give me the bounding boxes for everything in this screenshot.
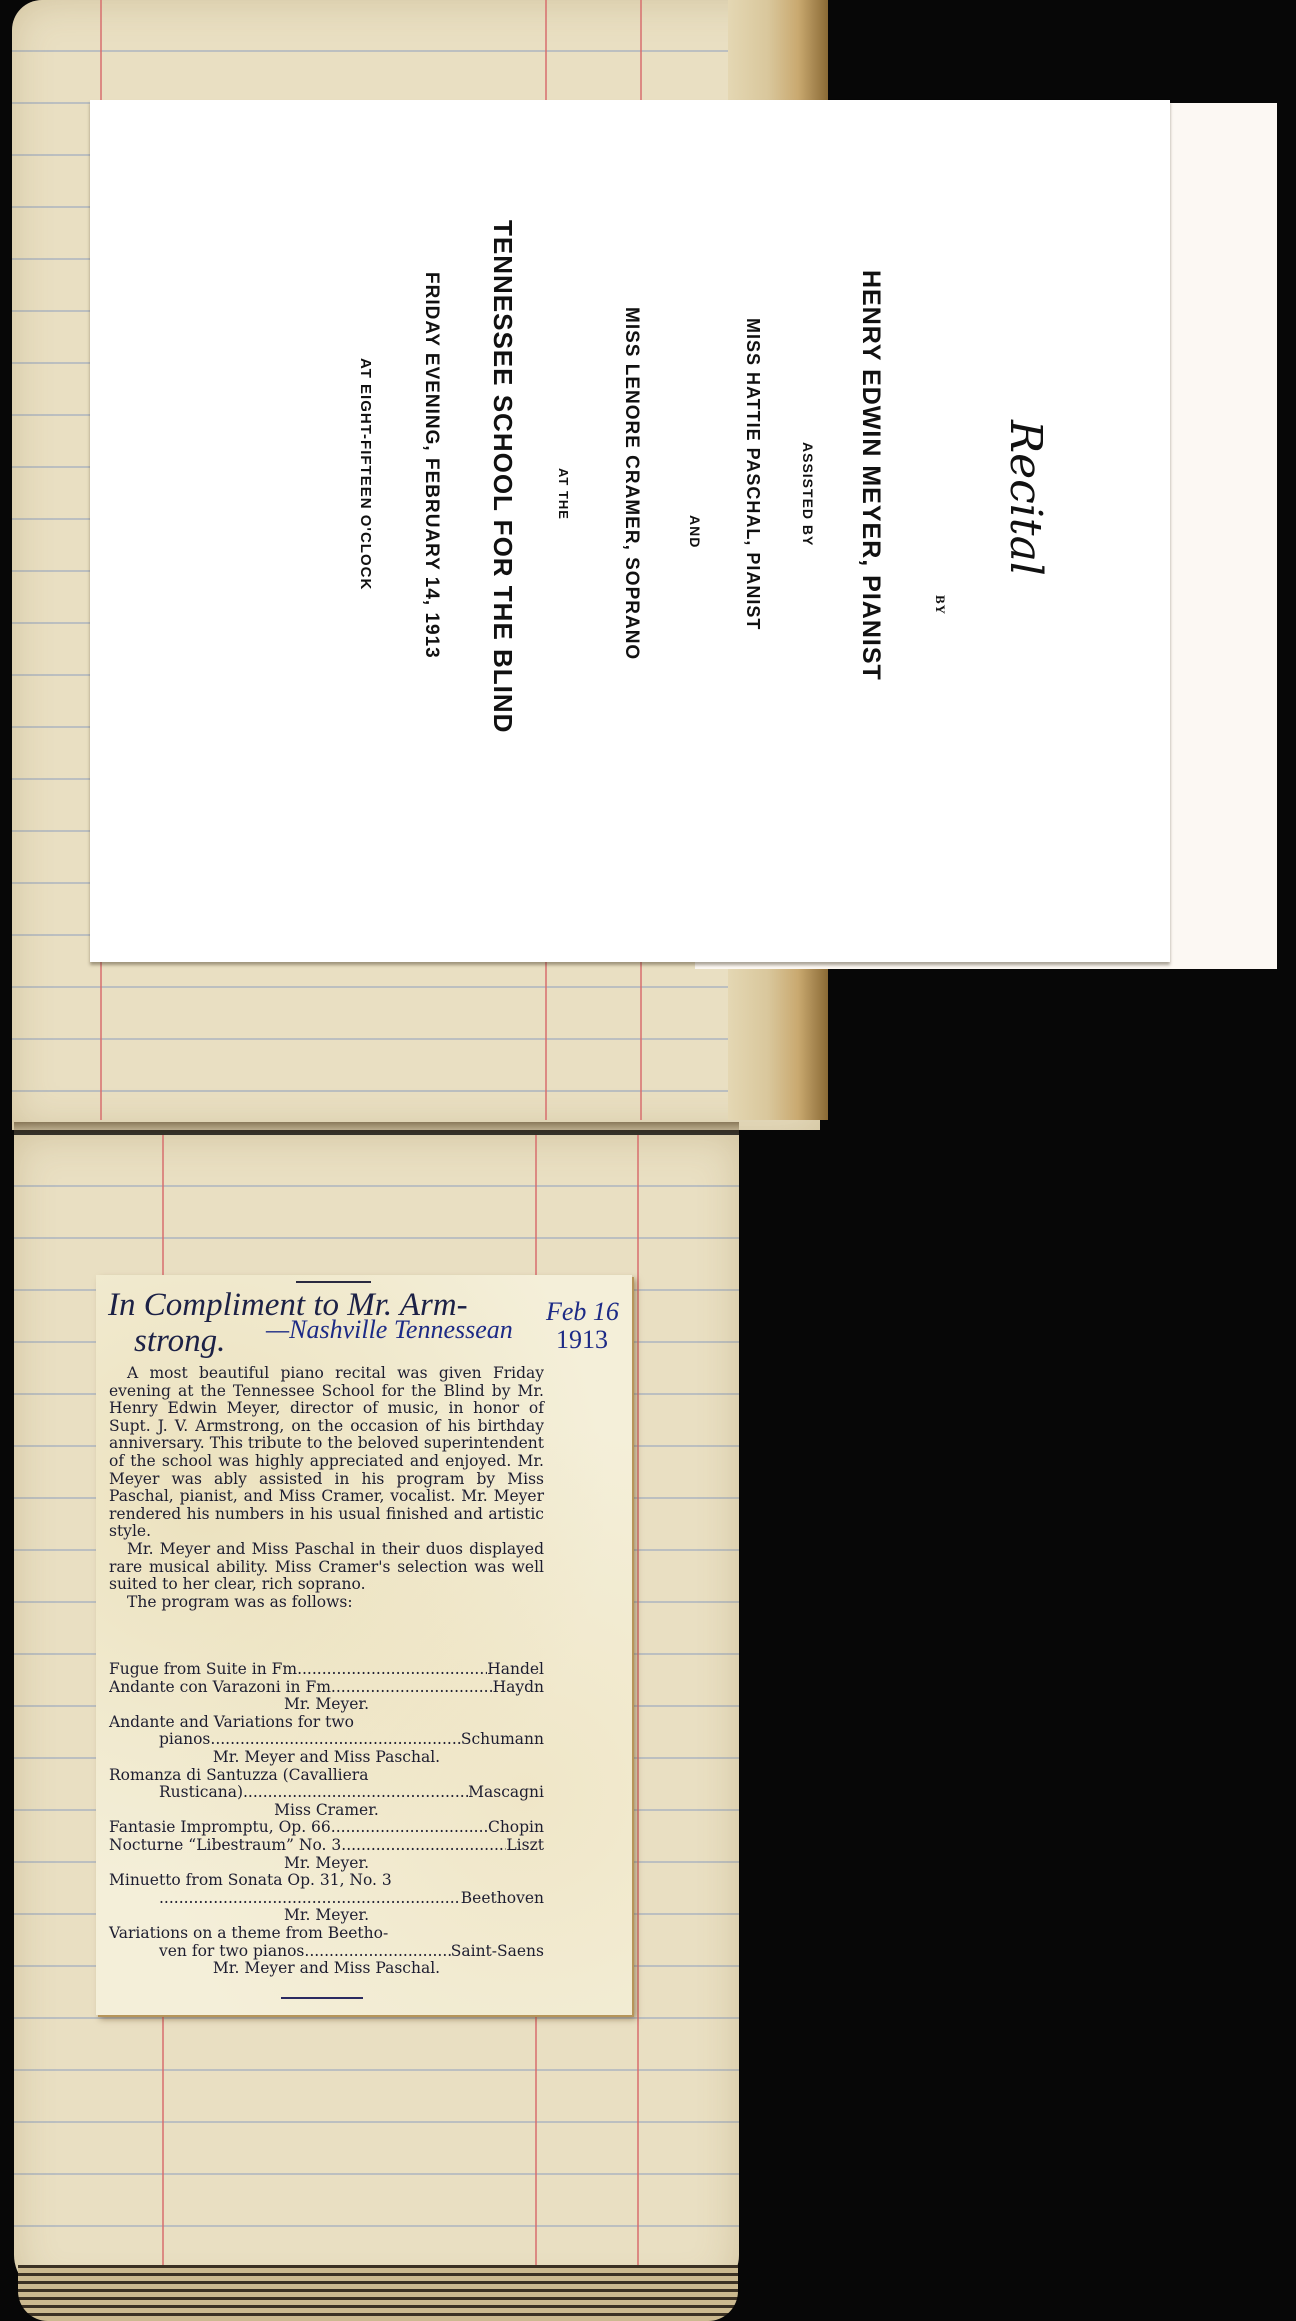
card-at-the: AT THE	[556, 468, 571, 520]
card-time: AT EIGHT-FIFTEEN O'CLOCK	[357, 358, 374, 590]
card-assistant-1: MISS HATTIE PASCHAL, PIANIST	[742, 318, 763, 630]
card-performer: HENRY EDWIN MEYER, PIANIST	[856, 270, 885, 681]
divider	[281, 1997, 363, 1999]
card-venue: TENNESSEE SCHOOL FOR THE BLIND	[487, 220, 518, 733]
article-paragraph: A most beautiful piano recital was given…	[109, 1365, 544, 1541]
program-item: Beethoven	[109, 1890, 544, 1908]
card-assisted-by: ASSISTED BY	[800, 442, 816, 546]
program-item-title: Andante and Variations for two	[109, 1714, 544, 1732]
card-date: FRIDAY EVENING, FEBRUARY 14, 1913	[420, 272, 442, 659]
program-item: Nocturne “Libestraum” No. 3Liszt	[109, 1837, 544, 1855]
margin-line	[637, 1135, 639, 2275]
page-fold	[14, 1122, 739, 1136]
newspaper-clipping: In Compliment to Mr. Arm- strong. —Nashv…	[96, 1275, 632, 2015]
article-paragraph: Mr. Meyer and Miss Paschal in their duos…	[109, 1541, 544, 1594]
card-and: AND	[687, 515, 703, 548]
program-item: pianosSchumann	[109, 1731, 544, 1749]
program-item-title: Romanza di Santuzza (Cavalliera	[109, 1767, 544, 1785]
article-paragraph: The program was as follows:	[109, 1594, 544, 1612]
program-performer: Mr. Meyer.	[109, 1907, 544, 1925]
program-item: ven for two pianosSaint-Saens	[109, 1943, 544, 1961]
program-item: Rusticana)Mascagni	[109, 1784, 544, 1802]
program-item: Fantasie Impromptu, Op. 66Chopin	[109, 1819, 544, 1837]
program-item: Andante con Varazoni in FmHaydn	[109, 1679, 544, 1697]
program-item-title: Minuetto from Sonata Op. 31, No. 3	[109, 1872, 544, 1890]
program-item-title: Variations on a theme from Beetho-	[109, 1925, 544, 1943]
program-performer: Miss Cramer.	[109, 1802, 544, 1820]
program-performer: Mr. Meyer.	[109, 1855, 544, 1873]
program-performer: Mr. Meyer and Miss Paschal.	[109, 1960, 544, 1978]
divider	[296, 1281, 371, 1283]
handwritten-source: —Nashville Tennessean	[266, 1315, 513, 1345]
card-by: BY	[932, 595, 948, 615]
program-performer: Mr. Meyer.	[109, 1696, 544, 1714]
page-stack-edge	[18, 2265, 738, 2321]
card-assistant-2: MISS LENORE CRAMER, SOPRANO	[620, 307, 642, 660]
program-item: Fugue from Suite in FmHandel	[109, 1661, 544, 1679]
handwritten-year: 1913	[556, 1325, 608, 1355]
card-title: Recital	[1000, 420, 1051, 576]
program-performer: Mr. Meyer and Miss Paschal.	[109, 1749, 544, 1767]
handwritten-date: Feb 16	[546, 1297, 619, 1327]
program-list: Fugue from Suite in FmHandel Andante con…	[109, 1661, 544, 1978]
article-body: A most beautiful piano recital was given…	[109, 1365, 544, 1611]
recital-program-card: Recital BY HENRY EDWIN MEYER, PIANIST AS…	[90, 100, 1170, 962]
